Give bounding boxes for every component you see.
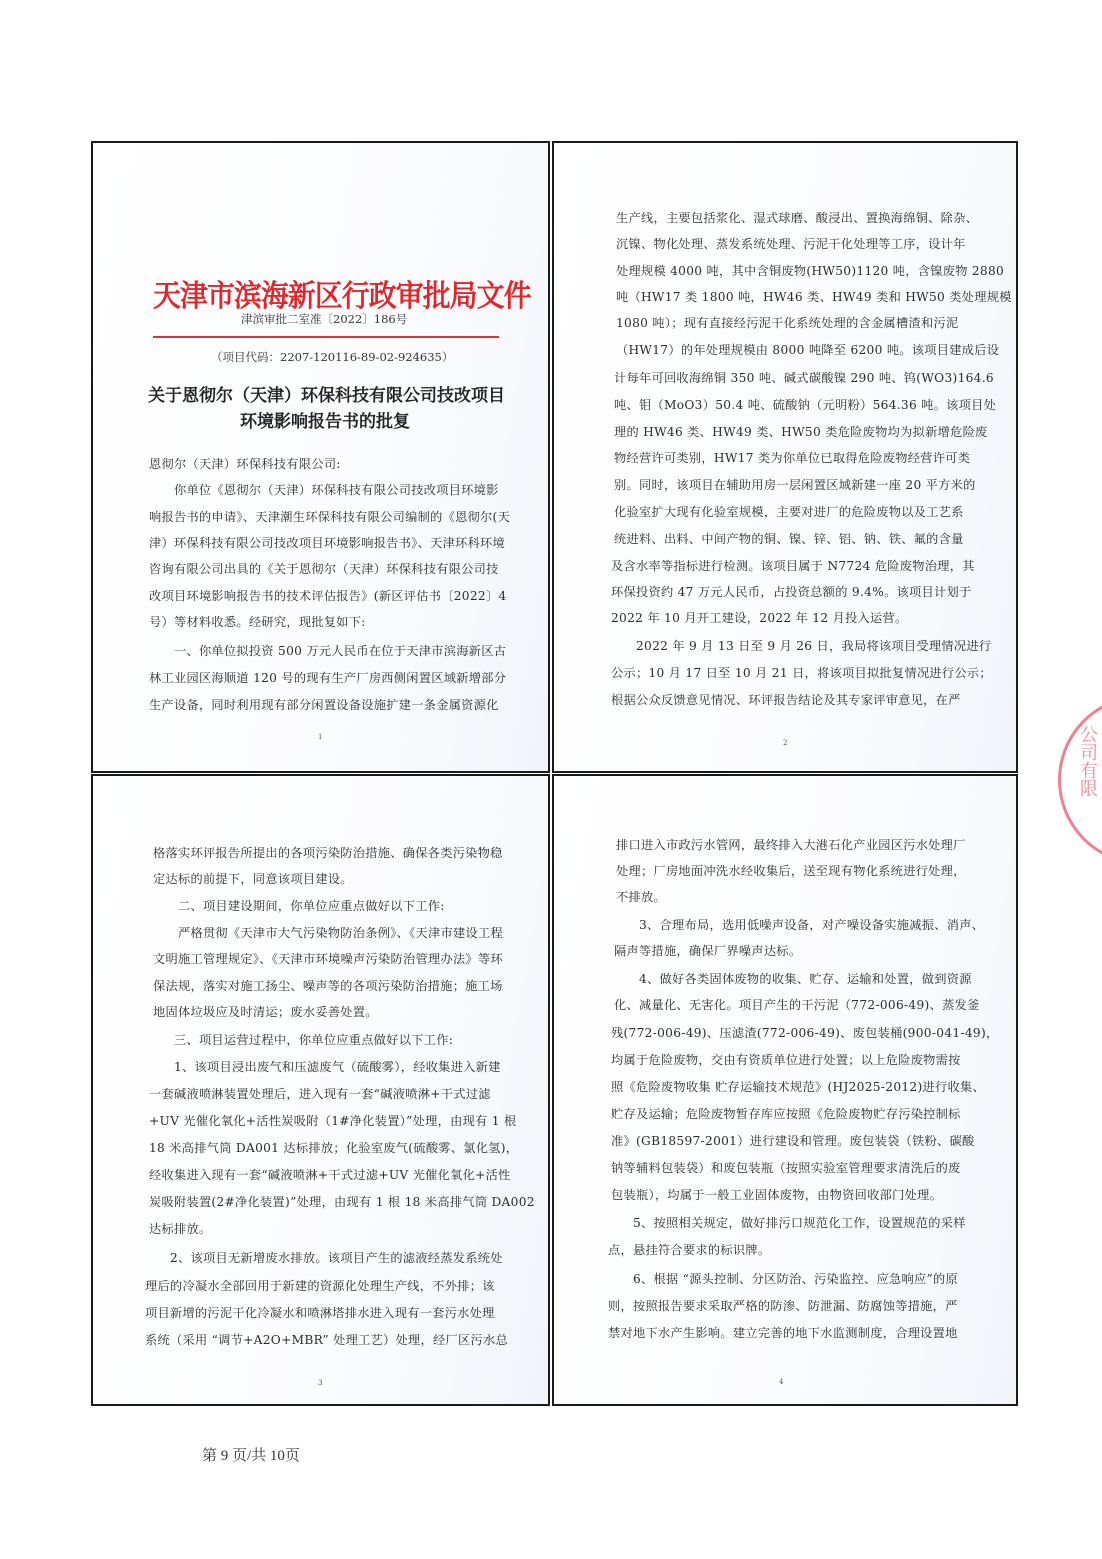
text-line: 别。同时，该项目在辅助用房一层闲置区域新建一座 20 平方米的	[614, 472, 976, 498]
document-title-line-2: 环境影响报告书的批复	[240, 407, 410, 432]
text-line: 响报告书的申请》、天津潮生环保科技有限公司编制的《恩彻尔(天	[149, 504, 510, 530]
page-number: 1	[318, 733, 322, 741]
page-number: 4	[779, 1378, 783, 1386]
document-title-line-1: 关于恩彻尔（天津）环保科技有限公司技改项目	[148, 381, 505, 406]
text-line: 18 米高排气筒 DA001 达标排放；化验室废气(硫酸雾、氯化氢)，	[149, 1135, 518, 1161]
text-line: 4、做好各类固体废物的收集、贮存、运输和处置，做到资源	[614, 966, 972, 992]
page-number: 2	[783, 739, 787, 747]
text-line: 禁对地下水产生影响。建立完善的地下水监测制度，合理设置地	[608, 1320, 958, 1346]
text-line: 理的 HW46 类、HW49 类、HW50 类危险废物均为拟新增危险废	[614, 419, 988, 445]
text-line: （HW17）的年处理规模由 8000 吨降至 6200 吨。该项目建成后设	[616, 337, 999, 363]
text-line: 经收集进入现有一套“碱液喷淋+干式过滤+UV 光催化氧化+活性	[149, 1162, 511, 1188]
text-line: 生产设备，同时利用现有部分闲置设备设施扩建一条金属资源化	[149, 692, 499, 718]
text-line: 环保投资约 47 万元人民币，占投资总额的 9.4%。该项目计划于	[611, 579, 972, 605]
pagination-footer: 第 9 页/共 10页	[202, 1444, 300, 1465]
text-line: 地固体垃圾应及时清运；废水妥善处置。	[153, 999, 378, 1025]
text-line: 2、该项目无新增废水排放。该项目产生的滤液经蒸发系统处	[145, 1245, 503, 1271]
text-line: 格落实环评报告所提出的各项污染防治措施、确保各类污染物稳	[153, 840, 503, 866]
text-line: 照《危险废物收集 贮存运输技术规范》(HJ2025-2012)进行收集、	[611, 1074, 985, 1100]
text-line: 公示；10 月 17 日至 10 月 21 日，将该项目拟批复情况进行公示；	[611, 660, 992, 686]
text-line: 均属于危险废物，交由有资质单位进行处置；以上危险废物需按	[611, 1047, 961, 1073]
text-line: 理后的冷凝水全部回用于新建的资源化处理生产线，不外排；该	[145, 1273, 495, 1299]
text-line: 你单位《恩彻尔（天津）环保科技有限公司技改项目环境影	[149, 477, 499, 503]
text-line: 6、根据 “源头控制、分区防治、污染监控、应急响应”的原	[608, 1266, 958, 1292]
text-line: 林工业园区海顺道 120 号的现有生产厂房西侧闲置区域新增部分	[149, 665, 506, 691]
seal-text: 公司有限	[1078, 725, 1100, 797]
text-line: 一、你单位拟投资 500 万元人民币在位于天津市滨海新区古	[149, 638, 506, 664]
text-line: 3、合理布局，选用低噪声设备，对产噪设备实施减振、消声、	[614, 912, 984, 938]
text-line: 生产线，主要包括浆化、湿式球磨、酸浸出、置换海绵铜、除杂、	[616, 205, 978, 231]
agency-title: 天津市滨海新区行政审批局文件	[153, 271, 531, 315]
page-number: 3	[318, 1379, 322, 1387]
company-seal-stamp: 公司有限	[1058, 695, 1102, 865]
text-line: 1、该项目浸出废气和压滤废气（硫酸雾），经收集进入新建	[149, 1054, 501, 1080]
text-line: 达标排放。	[149, 1216, 211, 1242]
text-line: 物经营许可类别，HW17 类为你单位已取得危险废物经营许可类	[614, 445, 970, 471]
text-line: 统进料、出料、中间产物的铜、镍、锌、铝、钠、铁、氟的含量	[614, 526, 964, 552]
text-line: 处理规模 4000 吨，其中含铜废物(HW50)1120 吨，含镍废物 2880	[616, 258, 1004, 284]
text-line: 根据公众反馈意见情况、环评报告结论及其专家评审意见，在严	[611, 687, 961, 713]
text-line: 炭吸附装置(2#净化装置)”处理，由现有 1 根 18 米高排气筒 DA002	[149, 1189, 535, 1215]
text-line: 及含水率等指标进行检测。该项目属于 N7724 危险废物治理，其	[611, 553, 975, 579]
text-line: 项目新增的污泥干化冷凝水和喷淋塔排水进入现有一套污水处理	[145, 1300, 495, 1326]
text-line: 不排放。	[616, 884, 666, 910]
text-line: 1080 吨）；现有直接经污泥干化系统处理的含金属槽渣和污泥	[616, 310, 958, 336]
text-line: 残(772-006-49)、压滤渣(772-006-49)、废包装桶(900-0…	[611, 1020, 999, 1046]
text-line: 一套碱液喷淋装置处理后，进入现有一套“碱液喷淋+干式过滤	[149, 1081, 491, 1107]
text-line: 严格贯彻《天津市大气污染物防治条例》、《天津市建设工程	[153, 920, 503, 946]
text-line: 二、项目建设期间，你单位应重点做好以下工作:	[153, 893, 445, 919]
text-line: 恩彻尔（天津）环保科技有限公司:	[149, 451, 341, 477]
text-line: 保法规，落实对施工扬尘、噪声等的各项污染防治措施；施工场	[153, 973, 503, 999]
text-line: 定达标的前提下，同意该项目建设。	[153, 866, 353, 892]
text-line: 化、减量化、无害化。项目产生的干污泥（772-006-49)、蒸发釜	[614, 992, 980, 1018]
text-line: 号）等材料收悉。经研究，现批复如下:	[149, 609, 366, 635]
text-line: 沉镍、物化处理、蒸发系统处理、污泥干化处理等工序，设计年	[616, 231, 966, 257]
document-page-2: 生产线，主要包括浆化、湿式球磨、酸浸出、置换海绵铜、除杂、 沉镍、物化处理、蒸发…	[552, 141, 1018, 773]
text-line: 处理；厂房地面冲洗水经收集后，送至现有物化系统进行处理，	[616, 858, 966, 884]
text-line: 准》(GB18597-2001）进行建设和管理。废包装袋（铁粉、碳酸	[611, 1128, 975, 1154]
text-line: 排口进入市政污水管网，最终排入大港石化产业园区污水处理厂	[616, 832, 966, 858]
red-divider	[153, 336, 499, 338]
document-number: 津滨审批二室准〔2022〕186号	[241, 311, 407, 327]
text-line: 吨（HW17 类 1800 吨，HW46 类、HW49 类和 HW50 类处理规…	[616, 284, 1012, 310]
text-line: 系统（采用 “调节+A2O+MBR” 处理工艺）处理，经厂区污水总	[145, 1327, 508, 1353]
document-page-3: 格落实环评报告所提出的各项污染防治措施、确保各类污染物稳 定达标的前提下，同意该…	[91, 774, 550, 1406]
text-line: 三、项目运营过程中，你单位应重点做好以下工作:	[149, 1027, 453, 1053]
text-line: 咨询有限公司出具的《关于恩彻尔（天津）环保科技有限公司技	[149, 556, 499, 582]
text-line: 津）环保科技有限公司技改项目环境影响报告书》、天津环科环境	[149, 530, 505, 556]
text-line: 化验室扩大现有化验室规模，主要对进厂的危险废物以及工艺系	[614, 499, 964, 525]
text-line: 改项目环境影响报告书的技术评估报告》(新区评估书〔2022〕4	[149, 583, 507, 609]
text-line: 则，按照报告要求采取严格的防渗、防泄漏、防腐蚀等措施，严	[608, 1293, 958, 1319]
text-line: 点，悬挂符合要求的标识牌。	[608, 1237, 770, 1263]
text-line: 5、按照相关规定，做好排污口规范化工作，设置规范的采样	[608, 1210, 966, 1236]
project-code: （项目代码：2207-120116-89-02-924635）	[211, 349, 453, 365]
text-line: 隔声等措施，确保厂界噪声达标。	[614, 938, 801, 964]
text-line: 文明施工管理规定》、《天津市环境噪声污染防治管理办法》等环	[153, 946, 503, 972]
text-line: 2022 年 9 月 13 日至 9 月 26 日，我局将该项目受理情况进行	[611, 633, 991, 659]
text-line: 计每年可回收海绵铜 350 吨、碱式碳酸镍 290 吨、钨(WO3)164.6	[614, 365, 994, 391]
text-line: 包装瓶），均属于一般工业固体废物，由物资回收部门处理。	[611, 1182, 942, 1208]
text-line: 钠等辅料包装袋）和废包装瓶（按照实验室管理要求清洗后的废	[611, 1155, 961, 1181]
text-line: 吨、钼（MoO3）50.4 吨、硫酸钠（元明粉）564.36 吨。该项目处	[614, 392, 996, 418]
text-line: 贮存及运输；危险废物暂存库应按照《危险废物贮存污染控制标	[611, 1101, 961, 1127]
text-line: 2022 年 10 月开工建设，2022 年 12 月投入运营。	[611, 605, 908, 631]
document-page-1: 天津市滨海新区行政审批局文件 津滨审批二室准〔2022〕186号 （项目代码：2…	[91, 141, 550, 773]
document-page-4: 排口进入市政污水管网，最终排入大港石化产业园区污水处理厂 处理；厂房地面冲洗水经…	[552, 774, 1018, 1406]
text-line: +UV 光催化氧化+活性炭吸附（1#净化装置）”处理，由现有 1 根	[149, 1108, 516, 1134]
